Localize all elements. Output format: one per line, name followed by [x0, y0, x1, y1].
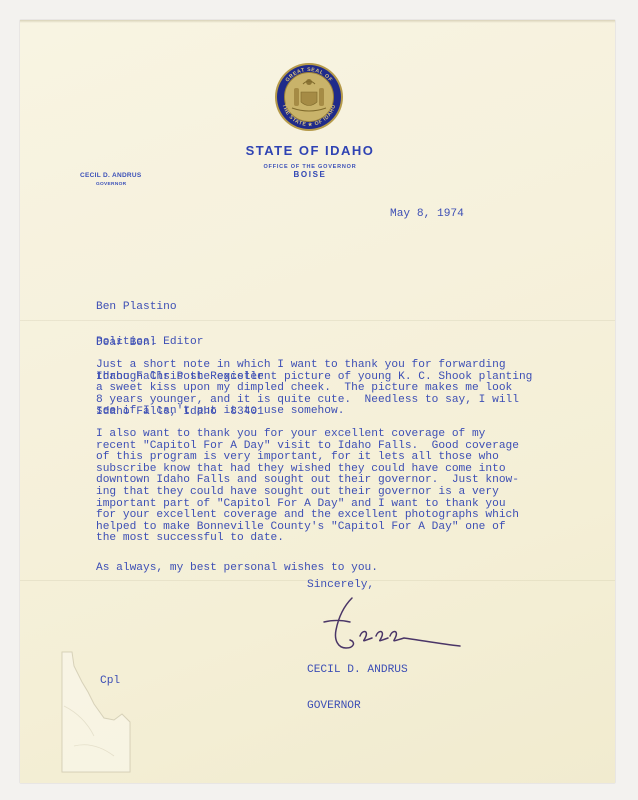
salutation: Dear Ben: — [96, 338, 156, 350]
letter-page: GREAT SEAL OF THE STATE ★ OF IDAHO STATE… — [20, 20, 615, 783]
signer-block: CECIL D. ANDRUS GOVERNOR — [307, 640, 408, 736]
letterhead-title: STATE OF IDAHO — [195, 143, 425, 158]
letterhead-city: BOISE — [195, 170, 425, 179]
idaho-state-outline-emboss-icon — [54, 646, 134, 776]
great-seal-of-idaho-icon: GREAT SEAL OF THE STATE ★ OF IDAHO — [274, 62, 344, 132]
signer-name: CECIL D. ANDRUS — [307, 664, 408, 676]
letter-date: May 8, 1974 — [390, 209, 464, 221]
letterhead-official-title: GOVERNOR — [96, 182, 126, 187]
body-paragraph: I also want to thank you for your excell… — [96, 429, 519, 545]
closing-sentence: As always, my best personal wishes to yo… — [96, 563, 378, 575]
signer-title: GOVERNOR — [307, 700, 408, 712]
body-paragraph: Just a short note in which I want to tha… — [96, 360, 532, 418]
letterhead-official-name: CECIL D. ANDRUS — [80, 172, 142, 179]
recipient-name: Ben Plastino — [96, 302, 264, 314]
